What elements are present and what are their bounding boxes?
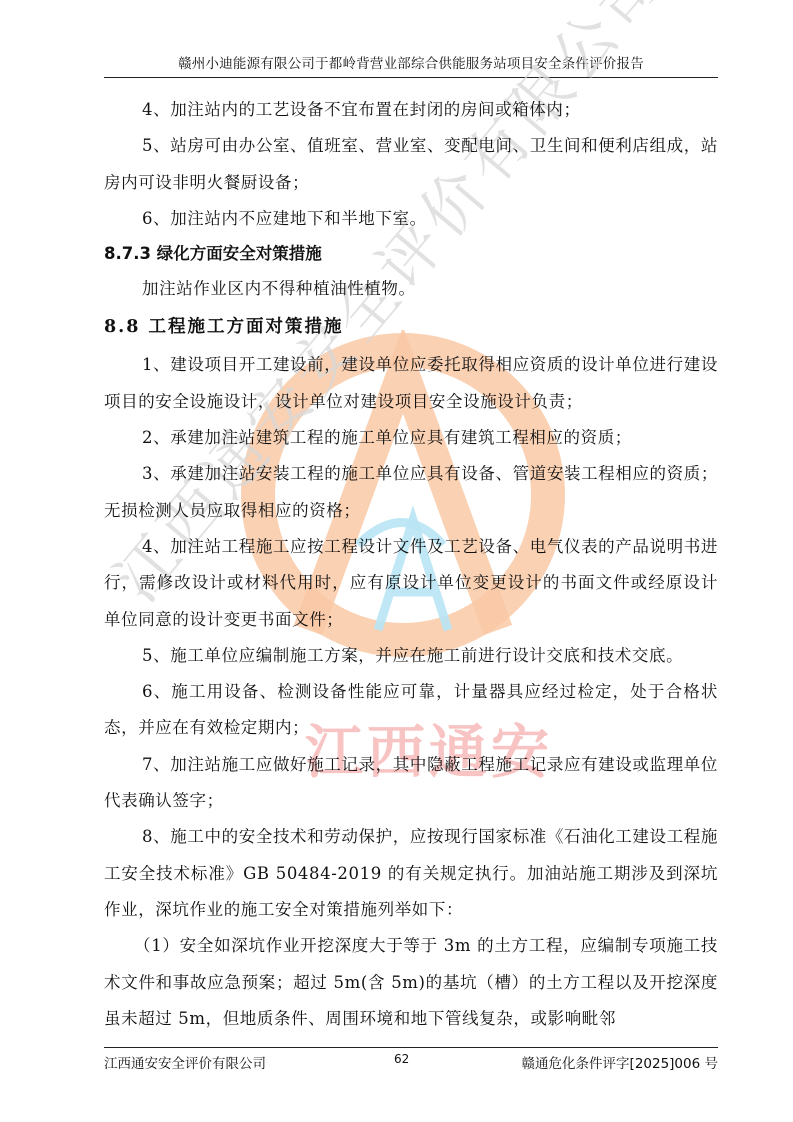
list-item: 8、施工中的安全技术和劳动保护，应按现行国家标准《石油化工建设工程施工安全技术标… (104, 819, 718, 928)
list-item: 3、承建加注站安装工程的施工单位应具有设备、管道安装工程相应的资质；无损检测人员… (104, 456, 718, 529)
list-item: 2、承建加注站建筑工程的施工单位应具有建筑工程相应的资质； (104, 420, 718, 456)
list-item: 5、站房可由办公室、值班室、营业室、变配电间、卫生间和便利店组成，站房内可设非明… (104, 128, 718, 201)
list-item: 1、建设项目开工建设前，建设单位应委托取得相应资质的设计单位进行建设项目的安全设… (104, 347, 718, 420)
page-header-title: 赣州小迪能源有限公司于都岭背营业部综合供能服务站项目安全条件评价报告 (104, 52, 718, 72)
list-item: 6、加注站内不应建地下和半地下室。 (104, 201, 718, 237)
footer-divider (104, 1047, 718, 1048)
page-footer: 江西通安安全评价有限公司 62 赣通危化条件评字[2025]006 号 (104, 1052, 718, 1070)
list-item: 4、加注站内的工艺设备不宜布置在封闭的房间或箱体内； (104, 92, 718, 128)
header-divider (104, 77, 718, 78)
list-item: 6、施工用设备、检测设备性能应可靠，计量器具应经过检定，处于合格状态，并应在有效… (104, 674, 718, 747)
section-heading-8-8: 8.8 工程施工方面对策措施 (104, 307, 718, 347)
list-item: 4、加注站工程施工应按工程设计文件及工艺设备、电气仪表的产品说明书进行，需修改设… (104, 529, 718, 638)
section-heading-8-7-3: 8.7.3 绿化方面安全对策措施 (104, 237, 718, 271)
sub-list-item: （1）安全如深坑作业开挖深度大于等于 3m 的土方工程，应编制专项施工技术文件和… (104, 928, 718, 1037)
footer-company: 江西通安安全评价有限公司 (104, 1052, 266, 1072)
page-number: 62 (394, 1052, 409, 1066)
document-page: 江西通安安全评价有限公司 江西通安 赣州小迪能源有限公司于都岭背营业部综合供能服… (0, 0, 793, 1122)
document-body: 4、加注站内的工艺设备不宜布置在封闭的房间或箱体内； 5、站房可由办公室、值班室… (104, 92, 718, 1037)
document-number: 赣通危化条件评字[2025]006 号 (522, 1052, 718, 1072)
section-text: 加注站作业区内不得种植油性植物。 (104, 271, 718, 307)
list-item: 5、施工单位应编制施工方案，并应在施工前进行设计交底和技术交底。 (104, 638, 718, 674)
list-item: 7、加注站施工应做好施工记录，其中隐蔽工程施工记录应有建设或监理单位代表确认签字… (104, 747, 718, 820)
